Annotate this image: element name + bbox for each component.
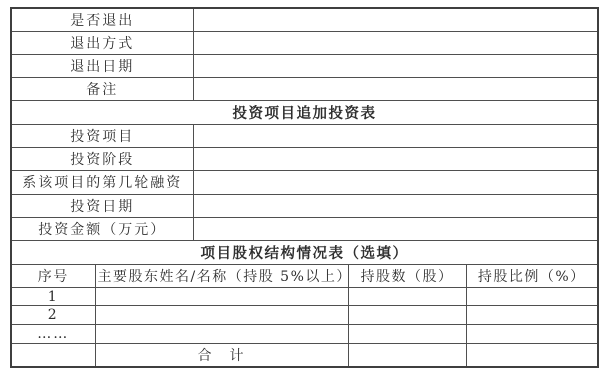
value-cell-investment-project — [193, 125, 598, 148]
label-investment-amount: 投资金额（万元） — [11, 217, 193, 240]
ratio-cell-ellipsis — [466, 325, 598, 344]
total-shares-cell — [348, 343, 466, 367]
form-page: 是否退出 退出方式 退出日期 备注 投资项目追加投资表 投资项目 — [0, 0, 600, 370]
value-cell-financing-round — [193, 171, 598, 194]
shares-cell-ellipsis — [348, 325, 466, 344]
value-cell-investment-amount — [193, 217, 598, 240]
table-row: 系该项目的第几轮融资 — [11, 171, 598, 194]
total-ratio-cell — [466, 343, 598, 367]
table-row: 投资项目追加投资表 — [11, 101, 598, 125]
table-row: …… — [11, 325, 598, 344]
value-cell-exit-method — [193, 32, 598, 55]
shareholder-name-cell-1 — [95, 287, 348, 306]
table-row: 备注 — [11, 78, 598, 101]
table-row: 2 — [11, 306, 598, 325]
ratio-cell-1 — [466, 287, 598, 306]
table-row: 投资项目 — [11, 125, 598, 148]
total-label: 合 计 — [95, 343, 348, 367]
section-title-equity-structure: 项目股权结构情况表（选填） — [11, 240, 598, 264]
header-seq: 序号 — [11, 264, 95, 287]
shares-cell-2 — [348, 306, 466, 325]
table-row: 1 — [11, 287, 598, 306]
section-title-additional-investment: 投资项目追加投资表 — [11, 101, 598, 125]
shareholder-name-cell-2 — [95, 306, 348, 325]
value-cell-investment-date — [193, 194, 598, 217]
header-shareholding-ratio: 持股比例（%） — [466, 264, 598, 287]
total-seq-cell — [11, 343, 95, 367]
table-row: 投资阶段 — [11, 148, 598, 171]
label-exit-status: 是否退出 — [11, 8, 193, 32]
value-cell-exit-status — [193, 8, 598, 32]
table-row: 投资日期 — [11, 194, 598, 217]
investment-form-table: 是否退出 退出方式 退出日期 备注 投资项目追加投资表 投资项目 — [10, 7, 599, 368]
value-cell-exit-date — [193, 55, 598, 78]
ratio-cell-2 — [466, 306, 598, 325]
table-row: 退出方式 — [11, 32, 598, 55]
table-row: 合 计 — [11, 343, 598, 367]
label-investment-stage: 投资阶段 — [11, 148, 193, 171]
label-exit-method: 退出方式 — [11, 32, 193, 55]
seq-cell-2: 2 — [11, 306, 95, 325]
label-financing-round: 系该项目的第几轮融资 — [11, 171, 193, 194]
label-investment-date: 投资日期 — [11, 194, 193, 217]
header-shares-held: 持股数（股） — [348, 264, 466, 287]
table-row: 退出日期 — [11, 55, 598, 78]
label-investment-project: 投资项目 — [11, 125, 193, 148]
seq-cell-1: 1 — [11, 287, 95, 306]
label-exit-date: 退出日期 — [11, 55, 193, 78]
value-cell-investment-stage — [193, 148, 598, 171]
value-cell-remarks — [193, 78, 598, 101]
table-row: 投资金额（万元） — [11, 217, 598, 240]
seq-cell-ellipsis: …… — [11, 325, 95, 344]
header-shareholder-name: 主要股东姓名/名称（持股 5%以上） — [95, 264, 348, 287]
table-row: 项目股权结构情况表（选填） — [11, 240, 598, 264]
shareholder-name-cell-ellipsis — [95, 325, 348, 344]
shares-cell-1 — [348, 287, 466, 306]
table-row: 序号 主要股东姓名/名称（持股 5%以上） 持股数（股） 持股比例（%） — [11, 264, 598, 287]
table-row: 是否退出 — [11, 8, 598, 32]
label-remarks: 备注 — [11, 78, 193, 101]
